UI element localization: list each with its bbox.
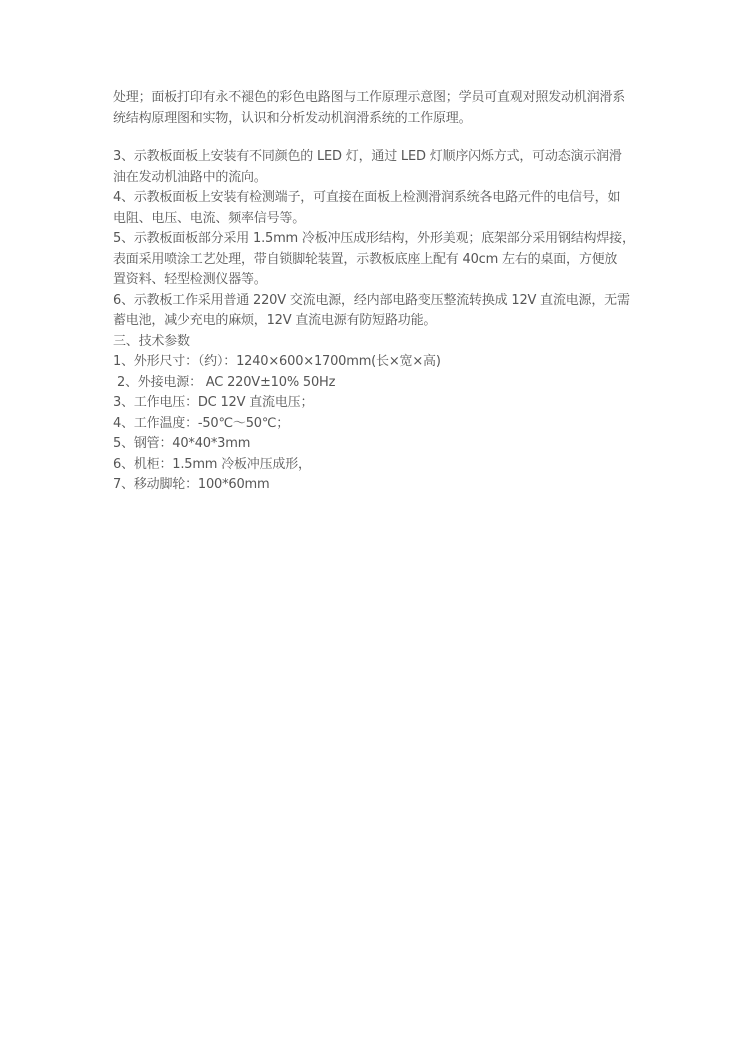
specs-list: 1、外形尺寸：（约）：1240×600×1700mm(长×宽×高) 2、外接电源… — [113, 352, 643, 496]
text-line: 统结构原理图和实物，认识和分析发动机润滑系统的工作原理。 — [113, 109, 643, 130]
text-line: 处理；面板打印有永不褪色的彩色电路图与工作原理示意图；学员可直观对照发动机润滑系 — [113, 88, 643, 109]
spec-item: 1、外形尺寸：（约）：1240×600×1700mm(长×宽×高) — [113, 352, 643, 373]
intro-paragraph: 处理；面板打印有永不褪色的彩色电路图与工作原理示意图；学员可直观对照发动机润滑系… — [113, 88, 643, 129]
feature-4-line: 电阻、电压、电流、频率信号等。 — [113, 209, 643, 230]
feature-6-line: 6、示教板工作采用普通 220V 交流电源，经内部电路变压整流转换成 12V 直… — [113, 291, 643, 312]
feature-4-line: 4、示教板面板上安装有检测端子，可直接在面板上检测滑润系统各电路元件的电信号，如 — [113, 188, 643, 209]
feature-3-line: 3、示教板面板上安装有不同颜色的 LED 灯，通过 LED 灯顺序闪烁方式，可动… — [113, 147, 643, 168]
feature-5-line: 5、示教板面板部分采用 1.5mm 冷板冲压成形结构，外形美观；底架部分采用钢结… — [113, 229, 643, 250]
spec-item: 7、移动脚轮：100*60mm — [113, 475, 643, 496]
feature-5-line: 置资料、轻型检测仪器等。 — [113, 270, 643, 291]
feature-5-line: 表面采用喷涂工艺处理，带自锁脚轮装置，示教板底座上配有 40cm 左右的桌面，方… — [113, 250, 643, 271]
spec-item: 2、外接电源： AC 220V±10% 50Hz — [113, 373, 643, 394]
features-list: 3、示教板面板上安装有不同颜色的 LED 灯，通过 LED 灯顺序闪烁方式，可动… — [113, 147, 643, 332]
spec-item: 5、钢管：40*40*3mm — [113, 434, 643, 455]
feature-6-line: 蓄电池，减少充电的麻烦，12V 直流电源有防短路功能。 — [113, 311, 643, 332]
spec-item: 4、工作温度：-50℃～50℃； — [113, 414, 643, 435]
spec-item: 6、机柜：1.5mm 冷板冲压成形， — [113, 455, 643, 476]
feature-3-line: 油在发动机油路中的流向。 — [113, 168, 643, 189]
section-heading: 三、技术参数 — [113, 332, 643, 353]
document-body: 处理；面板打印有永不褪色的彩色电路图与工作原理示意图；学员可直观对照发动机润滑系… — [113, 88, 643, 496]
spec-item: 3、工作电压：DC 12V 直流电压； — [113, 393, 643, 414]
